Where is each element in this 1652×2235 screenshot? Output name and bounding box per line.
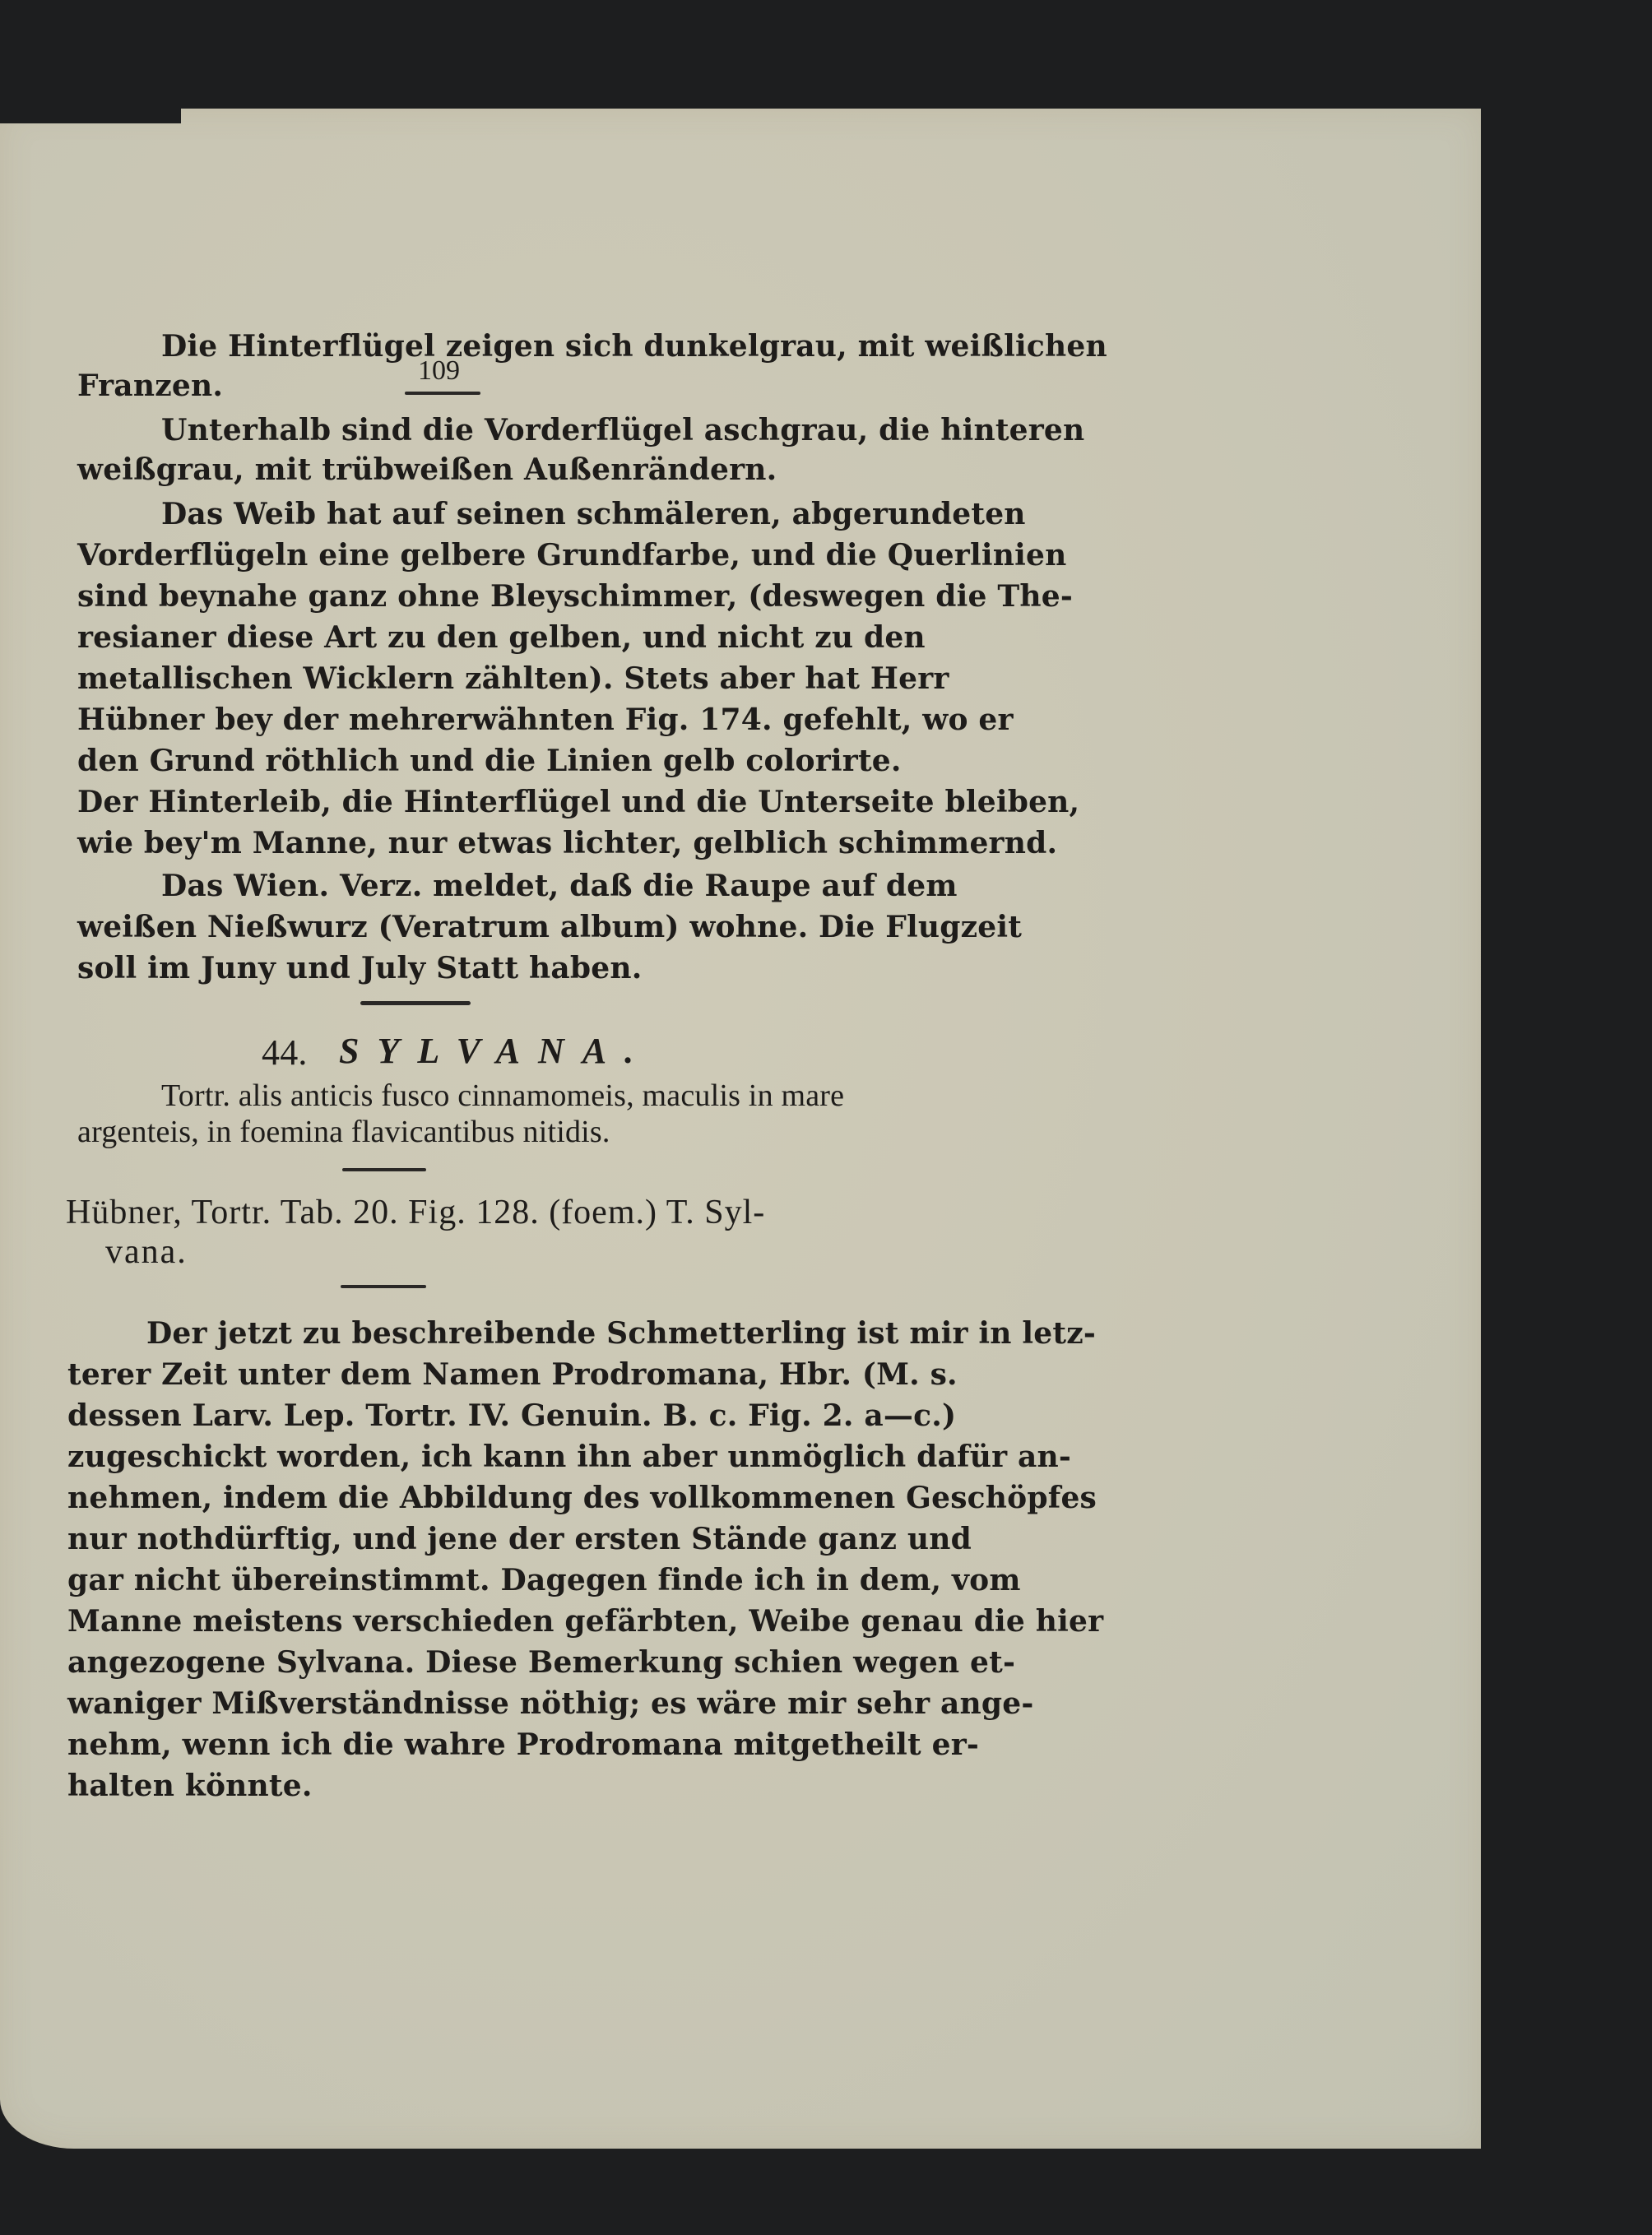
reference-divider-bottom <box>341 1285 426 1288</box>
text-line: gar nicht übereinstimmt. Dagegen finde i… <box>67 1563 1021 1597</box>
text-line: Unterhalb sind die Vorderflügel aschgrau… <box>161 413 1084 447</box>
text-line: Das Weib hat auf seinen schmäleren, abge… <box>161 497 1026 531</box>
diagnosis-line: Tortr. alis anticis fusco cinnamomeis, m… <box>161 1078 844 1114</box>
reference-line: vana. <box>105 1232 188 1272</box>
text-line: Die Hinterflügel zeigen sich dunkelgrau,… <box>161 329 913 364</box>
text-line: sind beynahe ganz ohne Bleyschimmer, (de… <box>77 579 1073 614</box>
text-line: Hübner bey der mehrerwähnten Fig. 174. g… <box>77 702 1014 737</box>
section-divider <box>360 1001 471 1005</box>
text-line: soll im Juny und July Statt haben. <box>77 951 643 985</box>
text-line: terer Zeit unter dem Namen Prodromana, H… <box>67 1357 958 1392</box>
reference-line: Hübner, Tortr. Tab. 20. Fig. 128. (foem.… <box>66 1193 765 1232</box>
book-page: 109 Die Hinterflügel zeigen sich dunkelg… <box>0 109 1481 2149</box>
text-line: den Grund röthlich und die Linien gelb c… <box>77 744 902 778</box>
text-line: metallischen Wicklern zählten). Stets ab… <box>77 661 949 696</box>
text-line: waniger Mißverständnisse nöthig; es wäre… <box>67 1686 1034 1721</box>
text-line: weißen Nießwurz (Veratrum album) wohne. … <box>77 910 1022 944</box>
text-line: Der Hinterleib, die Hinterflügel und die… <box>77 785 1079 819</box>
text-line: nur nothdürftig, und jene der ersten Stä… <box>67 1522 972 1556</box>
text-line: dessen Larv. Lep. Tortr. IV. Genuin. B. … <box>67 1398 956 1433</box>
text-line: zugeschickt worden, ich kann ihn aber un… <box>67 1440 1071 1474</box>
diagnosis-line: argenteis, in foemina flavicantibus niti… <box>77 1114 610 1150</box>
text-line: resianer diese Art zu den gelben, und ni… <box>77 620 926 655</box>
page-number-rule <box>405 392 480 395</box>
section-title: SYLVANA. <box>339 1030 652 1072</box>
text-line: Manne meistens verschieden gefärbten, We… <box>67 1604 1103 1639</box>
text-line: Franzen. <box>77 369 223 403</box>
section-number: 44. <box>262 1032 308 1073</box>
text-line: nehm, wenn ich die wahre Prodromana mitg… <box>67 1727 979 1762</box>
reference-divider-top <box>342 1168 426 1171</box>
text-line: halten könnte. <box>67 1769 313 1803</box>
text-line: Das Wien. Verz. meldet, daß die Raupe au… <box>161 869 958 903</box>
text-line: weißgrau, mit trübweißen Außenrändern. <box>77 452 777 487</box>
text-line: Der jetzt zu beschreibende Schmetterling… <box>146 1316 1096 1351</box>
text-line: Vorderflügeln eine gelbere Grundfarbe, u… <box>77 538 1066 573</box>
text-line: nehmen, indem die Abbildung des vollkomm… <box>67 1481 1097 1515</box>
page-text: 109 Die Hinterflügel zeigen sich dunkelg… <box>0 109 1481 2149</box>
text-line: wie bey'm Manne, nur etwas lichter, gelb… <box>77 826 1057 860</box>
text-line: angezogene Sylvana. Diese Bemerkung schi… <box>67 1645 1015 1680</box>
